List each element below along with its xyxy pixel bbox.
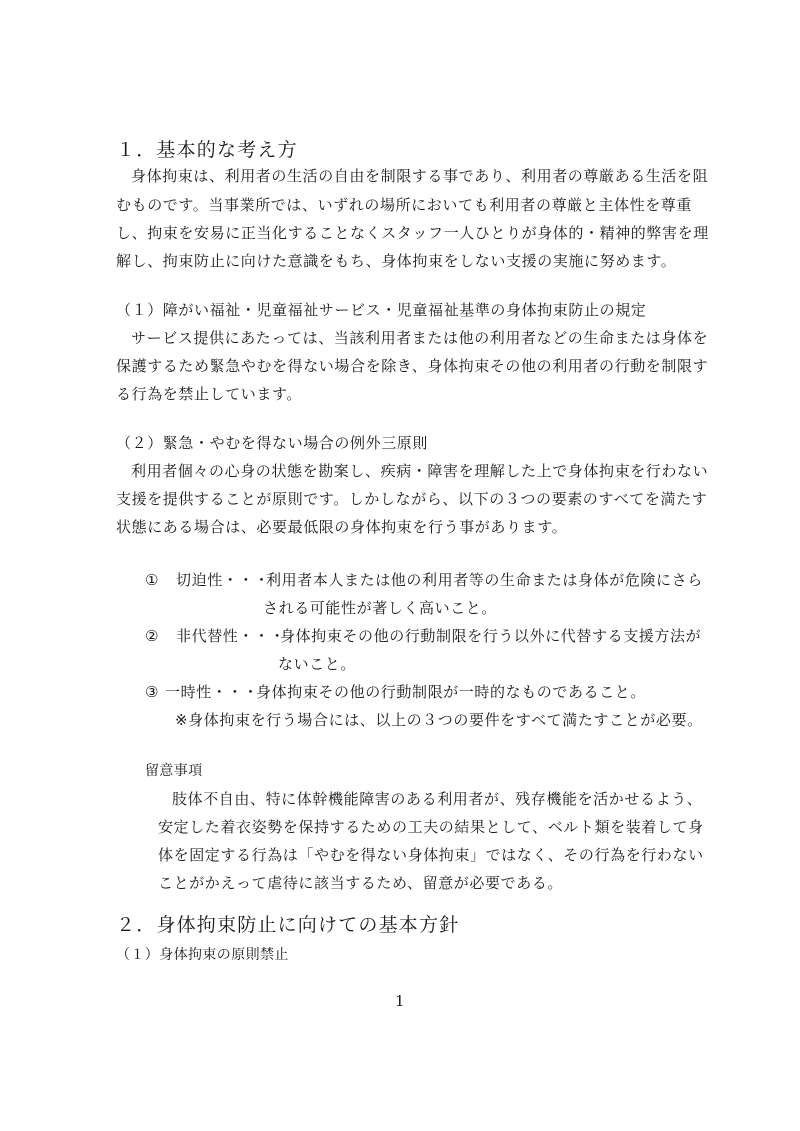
section-2-heading: ２．身体拘束防止に向けての基本方針: [116, 913, 459, 937]
intro-line-2: むものです。当事業所では、いずれの場所においても利用者の尊厳と主体性を尊重: [116, 195, 692, 215]
caution-line-1: 肢体不自由、特に体幹機能障害のある利用者が、残存機能を活かせるよう、: [172, 789, 702, 809]
principle-1-line-1: 利用者本人または他の利用者等の生命または身体が危険にさら: [266, 570, 703, 590]
section-1-heading: １．基本的な考え方: [116, 138, 298, 162]
intro-line-4: 解し、拘束防止に向けた意識をもち、身体拘束をしない支援の実施に努めます。: [116, 251, 676, 271]
principle-2-line-1: 身体拘束その他の行動制限を行う以外に代替する支援方法が: [280, 626, 701, 646]
section-2-subsection-1-heading: （１）身体拘束の原則禁止: [116, 945, 289, 965]
principle-2-marker: ②: [145, 626, 159, 646]
caution-line-2: 安定した着衣姿勢を保持するための工夫の結果として、ベルト類を装着して身: [158, 817, 704, 837]
sub2-line-1: 利用者個々の心身の状態を勘案し、疾病・障害を理解した上で身体拘束を行わない: [131, 461, 708, 481]
document-page: １．基本的な考え方 身体拘束は、利用者の生活の自由を制限する事であり、利用者の尊…: [0, 0, 800, 1131]
sub1-line-2: 保護するため緊急やむを得ない場合を除き、身体拘束その他の利用者の行動を制限す: [116, 356, 708, 376]
caution-heading: 留意事項: [145, 761, 203, 781]
principle-2-term: 非代替性・・・: [176, 626, 285, 646]
principle-3-marker: ③: [145, 682, 159, 702]
page-number: 1: [395, 992, 405, 1010]
principle-3-line-1: 身体拘束その他の行動制限が一時的なものであること。: [256, 682, 646, 702]
principle-3-term: 一時性・・・: [165, 682, 259, 702]
principle-1-marker: ①: [145, 570, 159, 590]
principle-1-line-2: される可能性が著しく高いこと。: [263, 598, 497, 618]
sub2-line-2: 支援を提供することが原則です。しかしながら、以下の３つの要素のすべてを満たす: [116, 489, 707, 509]
principle-1-term: 切迫性・・・: [176, 570, 270, 590]
principle-2-line-2: ないこと。: [278, 654, 356, 674]
subsection-2-heading: （２）緊急・やむを得ない場合の例外三原則: [116, 433, 428, 453]
intro-line-3: し、拘束を安易に正当化することなくスタッフ一人ひとりが身体的・精神的弊害を理: [116, 223, 709, 243]
caution-line-4: ことがかえって虐待に該当するため、留意が必要である。: [158, 873, 563, 893]
sub2-line-3: 状態にある場合は、必要最低限の身体拘束を行う事があります。: [116, 517, 567, 537]
sub1-line-1: サービス提供にあたっては、当該利用者または他の利用者などの生命または身体を: [131, 328, 708, 348]
intro-line-1: 身体拘束は、利用者の生活の自由を制限する事であり、利用者の尊厳ある生活を阻: [131, 166, 708, 186]
sub1-line-3: る行為を禁止しています。: [116, 384, 302, 404]
subsection-1-heading: （１）障がい福祉・児童福祉サービス・児童福祉基準の身体拘束防止の規定: [116, 300, 646, 320]
requirement-note: ※身体拘束を行う場合には、以上の３つの要件をすべて満たすことが必要。: [175, 710, 703, 730]
caution-line-3: 体を固定する行為は「やむを得ない身体拘束」ではなく、その行為を行わない: [158, 845, 704, 865]
